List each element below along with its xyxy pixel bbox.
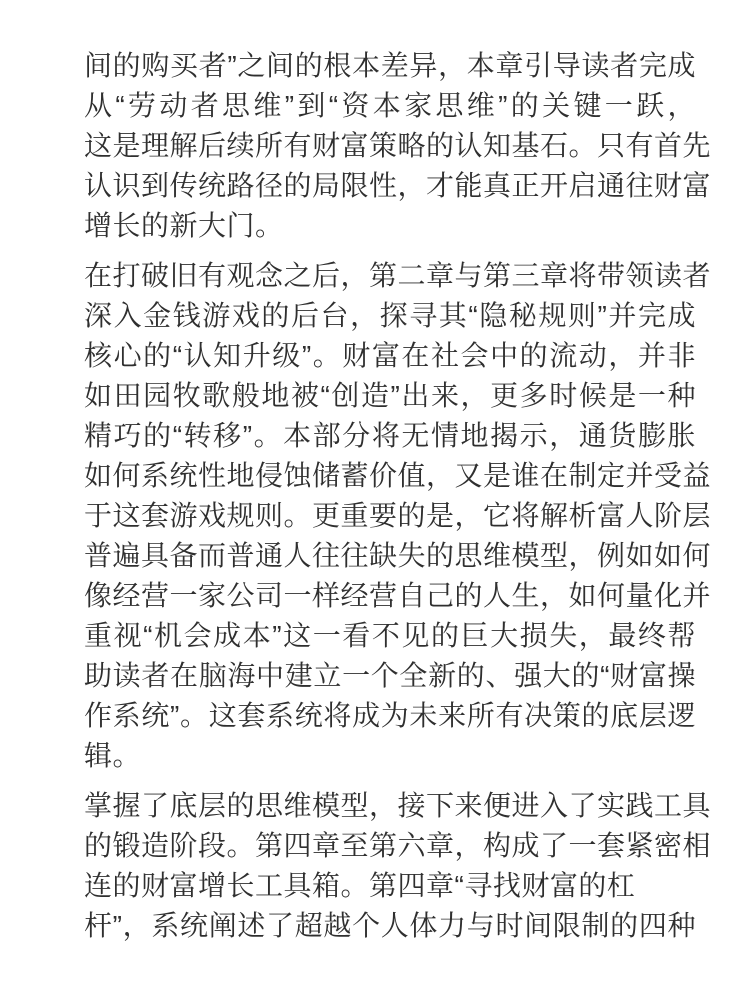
text-line: 重视“机会成本”这一看不见的巨大损失，最终帮 bbox=[84, 616, 696, 656]
text-line: 于这套游戏规则。更重要的是，它将解析富人阶层 bbox=[84, 496, 696, 536]
text-line: 核心的“认知升级”。财富在社会中的流动，并非 bbox=[84, 336, 696, 376]
text-line: 作系统”。这套系统将成为未来所有决策的底层逻 bbox=[84, 696, 696, 736]
text-line: 增长的新大门。 bbox=[84, 206, 696, 246]
text-line: 间的购买者”之间的根本差异，本章引导读者完成 bbox=[84, 46, 696, 86]
article-text: 间的购买者”之间的根本差异，本章引导读者完成 从“劳动者思维”到“资本家思维”的… bbox=[0, 0, 750, 946]
text-line: 认识到传统路径的局限性，才能真正开启通往财富 bbox=[84, 166, 696, 206]
text-line: 像经营一家公司一样经营自己的人生，如何量化并 bbox=[84, 576, 696, 616]
text-line: 辑。 bbox=[84, 736, 696, 776]
paragraph: 掌握了底层的思维模型，接下来便进入了实践工具 的锻造阶段。第四章至第六章，构成了… bbox=[84, 786, 696, 946]
text-line: 在打破旧有观念之后，第二章与第三章将带领读者 bbox=[84, 256, 696, 296]
text-line: 这是理解后续所有财富策略的认知基石。只有首先 bbox=[84, 126, 696, 166]
text-line: 的锻造阶段。第四章至第六章，构成了一套紧密相 bbox=[84, 826, 696, 866]
text-line: 杆”，系统阐述了超越个人体力与时间限制的四种 bbox=[84, 906, 696, 946]
text-line: 普遍具备而普通人往往缺失的思维模型，例如如何 bbox=[84, 536, 696, 576]
paragraph: 在打破旧有观念之后，第二章与第三章将带领读者 深入金钱游戏的后台，探寻其“隐秘规… bbox=[84, 256, 696, 776]
text-line: 如何系统性地侵蚀储蓄价值，又是谁在制定并受益 bbox=[84, 456, 696, 496]
text-line: 助读者在脑海中建立一个全新的、强大的“财富操 bbox=[84, 656, 696, 696]
document-page: 间的购买者”之间的根本差异，本章引导读者完成 从“劳动者思维”到“资本家思维”的… bbox=[0, 0, 750, 946]
text-line: 精巧的“转移”。本部分将无情地揭示，通货膨胀 bbox=[84, 416, 696, 456]
text-line: 掌握了底层的思维模型，接下来便进入了实践工具 bbox=[84, 786, 696, 826]
text-line: 如田园牧歌般地被“创造”出来，更多时候是一种 bbox=[84, 376, 696, 416]
text-line: 从“劳动者思维”到“资本家思维”的关键一跃， bbox=[84, 86, 696, 126]
text-line: 深入金钱游戏的后台，探寻其“隐秘规则”并完成 bbox=[84, 296, 696, 336]
text-line: 连的财富增长工具箱。第四章“寻找财富的杠 bbox=[84, 866, 696, 906]
paragraph: 间的购买者”之间的根本差异，本章引导读者完成 从“劳动者思维”到“资本家思维”的… bbox=[84, 46, 696, 246]
